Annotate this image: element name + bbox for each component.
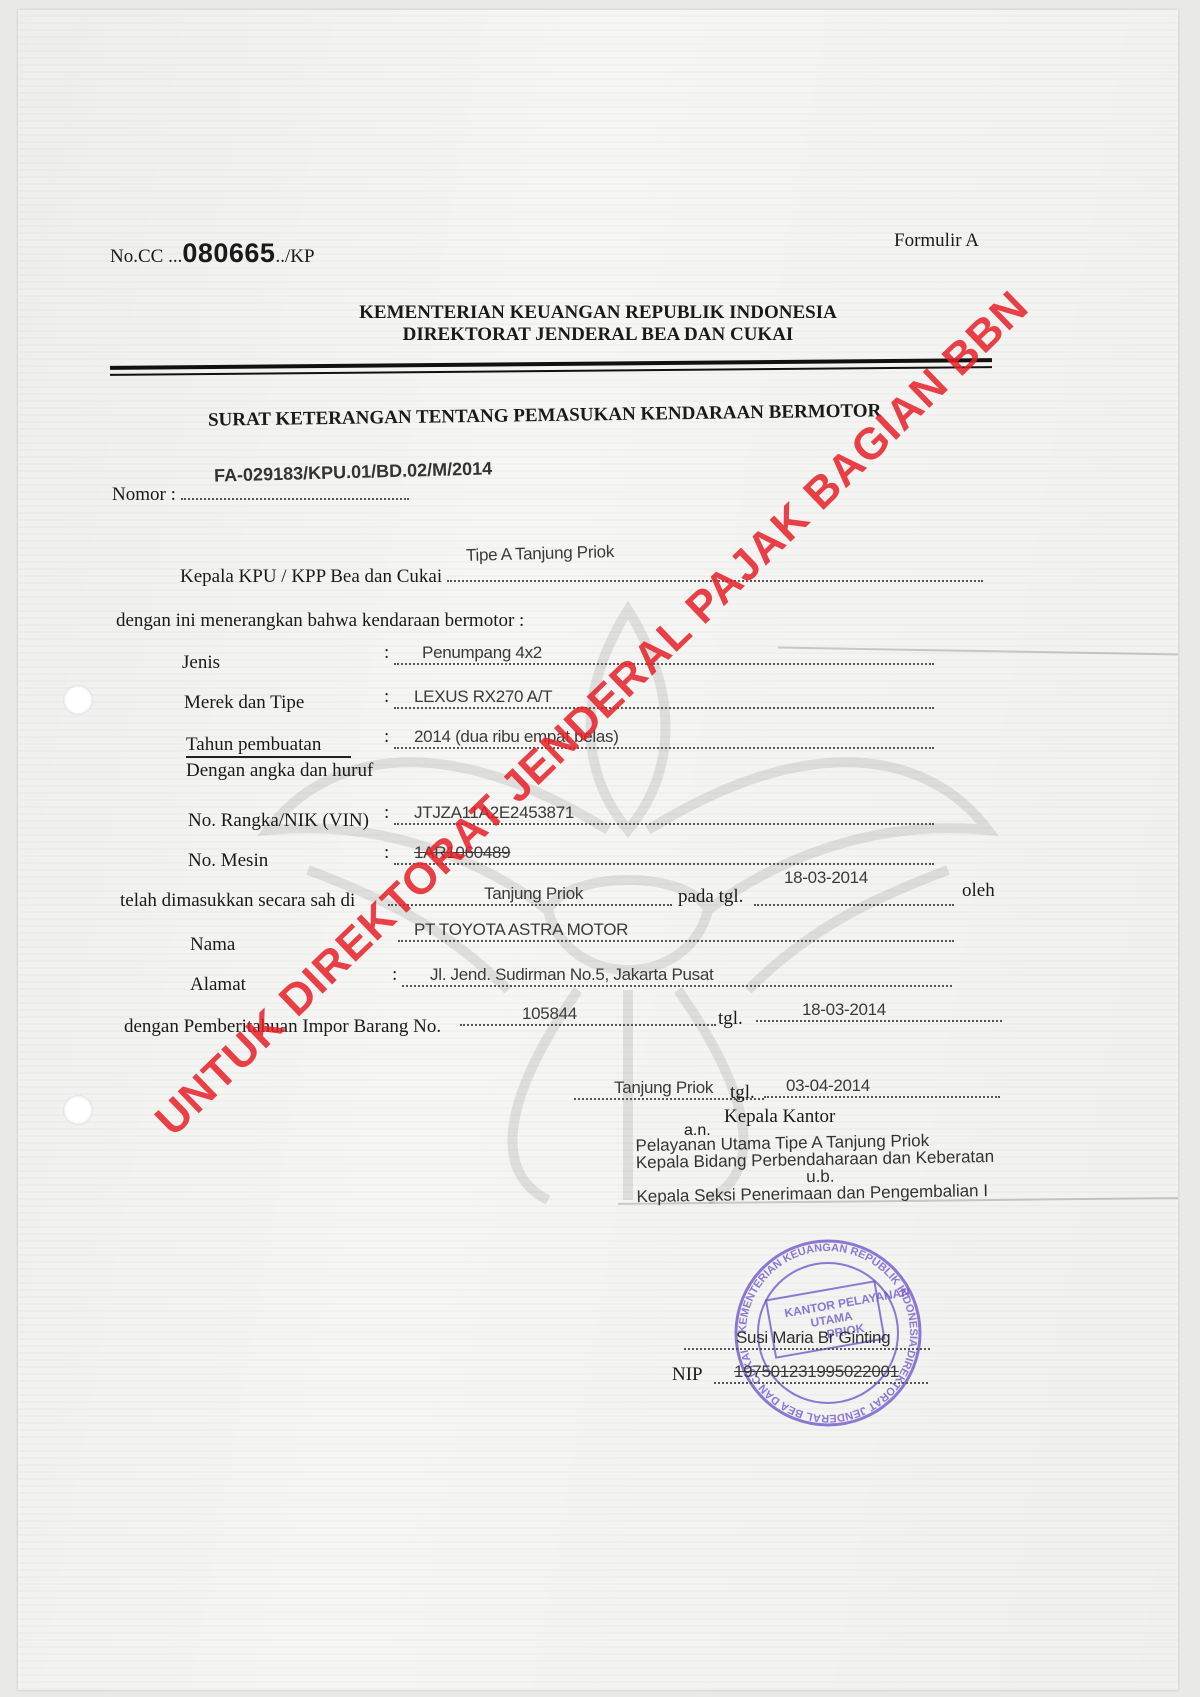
nomor-row: Nomor :	[112, 484, 409, 506]
tahun-label: Tahun pembuatan	[186, 734, 351, 758]
nip-value: 197501231995022001	[714, 1362, 928, 1384]
tahun-value: 2014 (dua ribu empat belas)	[394, 727, 934, 749]
punch-hole	[63, 685, 93, 715]
cc-number: No.CC ...080665../KP	[110, 238, 315, 269]
document-title: SURAT KETERANGAN TENTANG PEMASUKAN KENDA…	[208, 400, 882, 431]
tahun-row: : 2014 (dua ribu empat belas)	[384, 726, 954, 749]
merek-row: : LEXUS RX270 A/T	[384, 686, 954, 709]
nomor-dots	[181, 484, 409, 500]
intro-text: dengan ini menerangkan bahwa kendaraan b…	[116, 610, 524, 632]
entry-by-label: oleh	[962, 880, 995, 902]
form-label: Formulir A	[894, 230, 979, 252]
entry-date-dots	[754, 890, 954, 906]
nama-row: PT TOYOTA ASTRA MOTOR	[398, 920, 954, 942]
cc-prefix: No.CC ...	[110, 246, 182, 267]
alamat-row: : Jl. Jend. Sudirman No.5, Jakarta Pusat	[392, 964, 962, 987]
alamat-label: Alamat	[190, 974, 246, 996]
vin-label: No. Rangka/NIK (VIN)	[188, 810, 369, 832]
jenis-label: Jenis	[182, 652, 220, 674]
entry-label: telah dimasukkan secara sah di	[120, 890, 355, 912]
merek-value: LEXUS RX270 A/T	[394, 687, 934, 709]
alamat-value: Jl. Jend. Sudirman No.5, Jakarta Pusat	[402, 965, 952, 987]
nomor-label: Nomor :	[112, 484, 176, 505]
pib-date: 18-03-2014	[756, 1000, 1002, 1022]
tahun-sublabel: Dengan angka dan huruf	[186, 760, 373, 782]
office-head: Kepala Kantor	[724, 1106, 835, 1128]
nama-value: PT TOYOTA ASTRA MOTOR	[398, 920, 954, 942]
sign-titles: Pelayanan Utama Tipe A Tanjung Priok Kep…	[635, 1131, 994, 1205]
signer-name: Susi Maria Br Ginting	[684, 1328, 930, 1350]
nip-label: NIP	[672, 1364, 703, 1386]
entry-date-label: pada tgl.	[678, 886, 743, 908]
punch-hole	[63, 1095, 93, 1125]
pib-row: 105844	[460, 1004, 716, 1026]
signer-row: Susi Maria Br Ginting	[684, 1328, 930, 1350]
merek-label: Merek dan Tipe	[184, 692, 304, 714]
sign-date-row: 03-04-2014	[764, 1076, 1000, 1098]
document-page: No.CC ...080665../KP Formulir A KEMENTER…	[18, 10, 1178, 1690]
cc-number-value: 080665	[182, 238, 275, 268]
sign-date-label: tgl.	[730, 1082, 755, 1104]
nomor-value: FA-029183/KPU.01/BD.02/M/2014	[214, 458, 493, 486]
kepala-row: Kepala KPU / KPP Bea dan Cukai	[180, 566, 983, 588]
kepala-label: Kepala KPU / KPP Bea dan Cukai	[180, 566, 442, 587]
pib-number: 105844	[460, 1004, 716, 1026]
pib-date-row: 18-03-2014	[756, 1000, 1002, 1022]
cc-suffix: ../KP	[275, 246, 314, 267]
nama-label: Nama	[190, 934, 235, 956]
entry-date: 18-03-2014	[784, 868, 868, 888]
kepala-value: Tipe A Tanjung Priok	[466, 542, 615, 566]
nip-row: 197501231995022001	[714, 1362, 928, 1384]
sign-date: 03-04-2014	[764, 1076, 1000, 1098]
mesin-label: No. Mesin	[188, 850, 268, 872]
pib-date-label: tgl.	[718, 1008, 743, 1030]
